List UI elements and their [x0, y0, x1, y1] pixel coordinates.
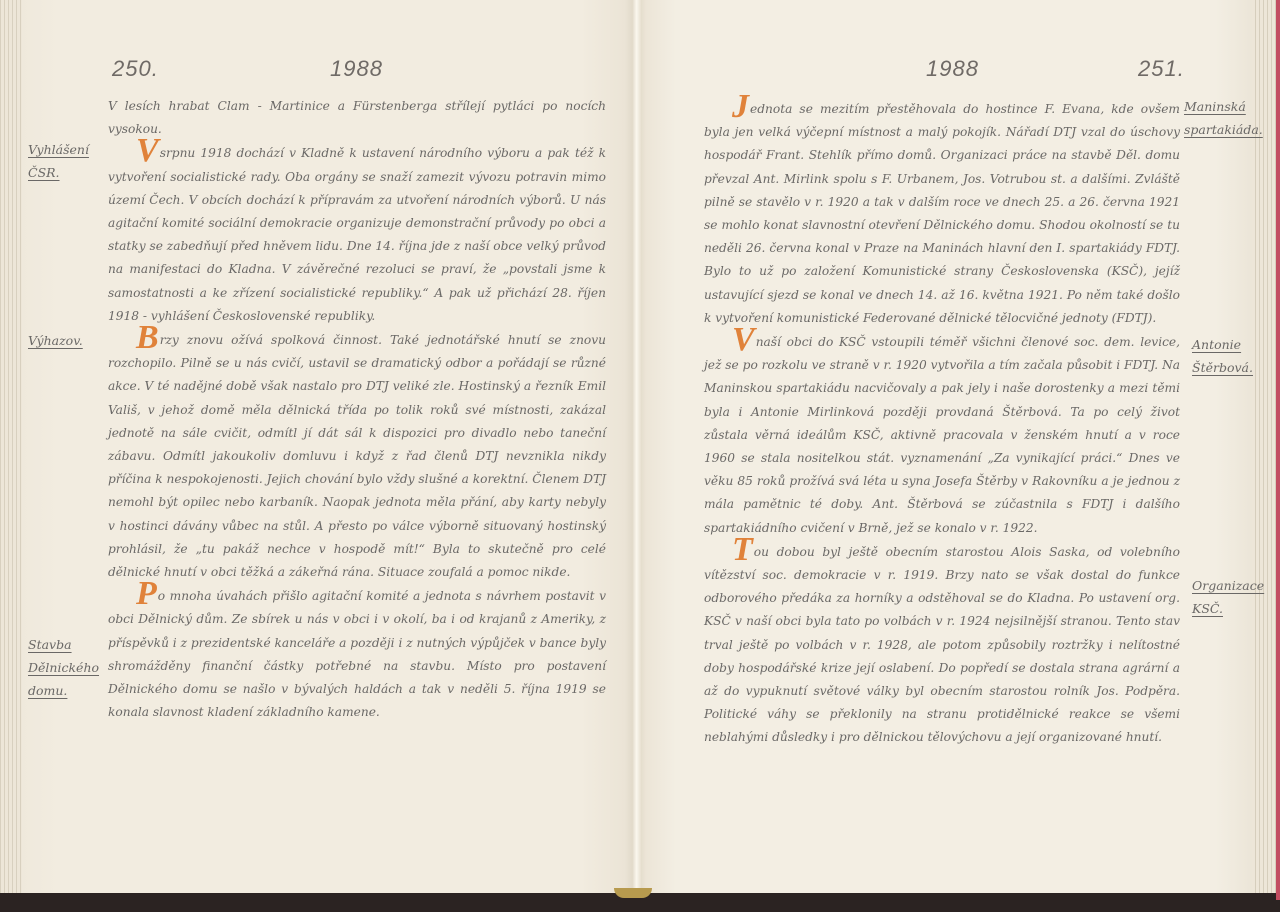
page-number-right: 251. — [1138, 56, 1185, 82]
paragraph: V lesích hrabat Clam - Martinice a Fürst… — [108, 95, 606, 141]
open-book: 250. 1988 Vyhlášení ČSR. Výhazov. Stavba… — [0, 0, 1280, 900]
illuminated-initial: J — [732, 88, 749, 125]
margin-note-maninska: Maninská spartakiáda. — [1184, 95, 1263, 141]
margin-note-organizace: Organizace KSČ. — [1192, 574, 1264, 620]
right-page: 1988 251. Maninská spartakiáda. Antonie … — [636, 0, 1276, 893]
right-text-block: Jednota se mezitím přestěhovala do hosti… — [704, 97, 1180, 750]
left-text-block: V lesích hrabat Clam - Martinice a Fürst… — [108, 95, 606, 724]
illuminated-initial: B — [136, 319, 159, 356]
margin-note-vyhlaseni: Vyhlášení ČSR. — [28, 138, 89, 184]
illuminated-initial: V — [136, 132, 159, 169]
paragraph: Jednota se mezitím přestěhovala do hosti… — [704, 97, 1180, 330]
left-page: 250. 1988 Vyhlášení ČSR. Výhazov. Stavba… — [0, 0, 636, 893]
margin-note-vyhazov: Výhazov. — [28, 329, 83, 352]
paragraph: Vsrpnu 1918 dochází v Kladně k ustavení … — [108, 141, 606, 328]
illuminated-initial: T — [732, 531, 753, 568]
book-gutter — [632, 0, 642, 893]
paragraph: Vnaší obci do KSČ vstoupili téměř všichn… — [704, 330, 1180, 540]
year-header-right: 1988 — [926, 56, 979, 82]
margin-note-antonie: Antonie Štěrbová. — [1192, 333, 1253, 379]
year-header-left: 1988 — [330, 56, 383, 82]
paragraph: Tou dobou byl ještě obecním starostou Al… — [704, 540, 1180, 750]
illuminated-initial: P — [136, 575, 157, 612]
gilt-spine-edge — [614, 888, 652, 898]
paragraph: Brzy znovu ožívá spolková činnost. Také … — [108, 328, 606, 584]
paragraph: Po mnoha úvahách přišlo agitační komité … — [108, 584, 606, 724]
page-stack-edge-left — [0, 0, 22, 893]
margin-note-stavba: Stavba Dělnického domu. — [28, 633, 99, 702]
ribbon-edge — [1276, 0, 1280, 900]
page-number-left: 250. — [112, 56, 159, 82]
illuminated-initial: V — [732, 321, 755, 358]
